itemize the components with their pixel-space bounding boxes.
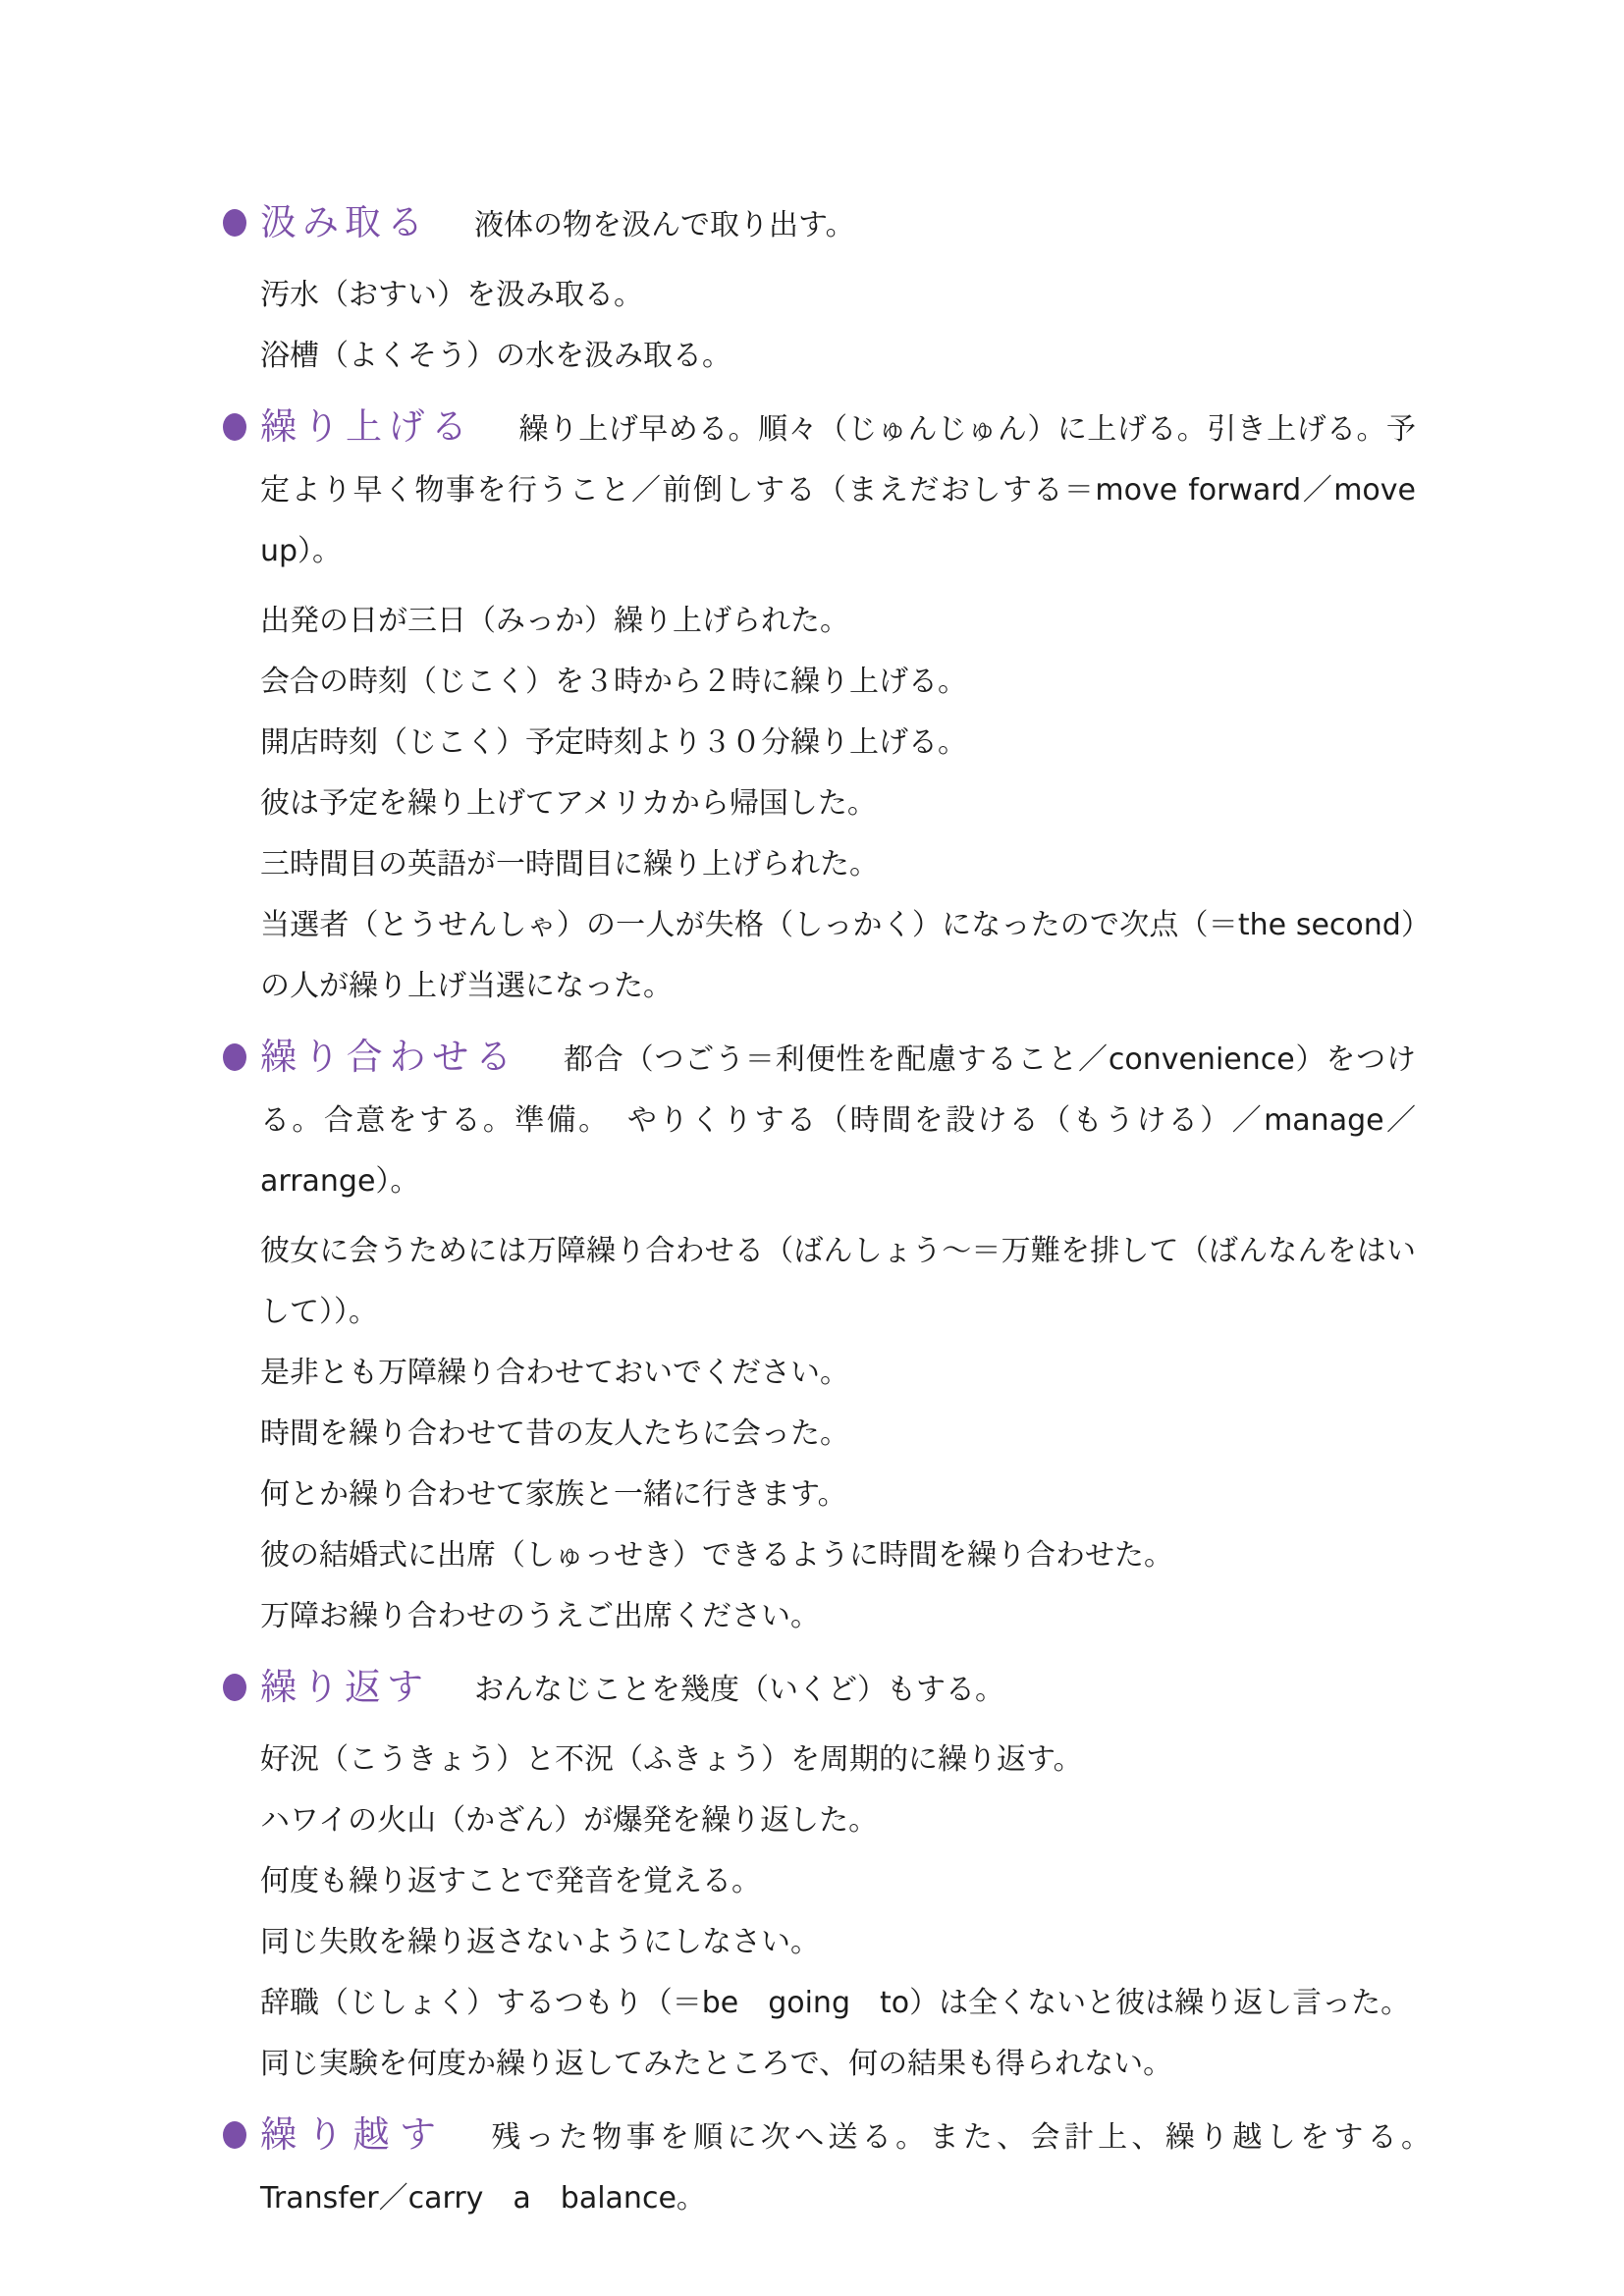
vocab-list: 汲み取る液体の物を汲んで取り出す。 汚水（おすい）を汲み取る。 浴槽（よくそう）…: [0, 0, 1624, 2229]
example-sentence: 浴槽（よくそう）の水を汲み取る。: [260, 326, 1416, 387]
entry-headword: 繰り上げる: [260, 405, 473, 448]
bullet-icon: [223, 209, 246, 237]
vocab-entry: 繰り返すおんなじことを幾度（いくど）もする。 好況（こうきょう）と不況（ふきょう…: [260, 1657, 1416, 2095]
bullet-icon: [223, 1674, 246, 1701]
example-sentence: 好況（こうきょう）と不況（ふきょう）を周期的に繰り返す。: [260, 1730, 1416, 1790]
entry-headword: 繰り合わせる: [260, 1036, 518, 1078]
entry-definition: おんなじことを幾度（いくど）もする。: [474, 1673, 1004, 1707]
entry-definition: 液体の物を汲んで取り出す。: [474, 208, 855, 242]
example-sentence: 何とか繰り合わせて家族と一緒に行きます。: [260, 1465, 1416, 1525]
example-sentence: 時間を繰り合わせて昔の友人たちに会った。: [260, 1404, 1416, 1465]
example-sentence: 辞職（じしょく）するつもり（＝be going to）は全くないと彼は繰り返し言…: [260, 1973, 1416, 2034]
entry-header: 汲み取る液体の物を汲んで取り出す。: [260, 192, 1416, 256]
example-sentence: 汚水（おすい）を汲み取る。: [260, 265, 1416, 326]
example-sentence: 万障お繰り合わせのうえご出席ください。: [260, 1586, 1416, 1647]
example-sentence: 当選者（とうせんしゃ）の一人が失格（しっかく）になったので次点（＝the sec…: [260, 895, 1416, 1017]
example-sentence: 是非とも万障繰り合わせておいでください。: [260, 1343, 1416, 1404]
vocab-entry: 汲み取る液体の物を汲んで取り出す。 汚水（おすい）を汲み取る。 浴槽（よくそう）…: [260, 192, 1416, 387]
document-page: 汲み取る液体の物を汲んで取り出す。 汚水（おすい）を汲み取る。 浴槽（よくそう）…: [0, 0, 1624, 2296]
vocab-entry: 繰り越す残った物事を順に次へ送る。また、会計上、繰り越しをする。 Transfe…: [260, 2105, 1416, 2229]
bullet-icon: [223, 1043, 246, 1071]
example-sentence: 三時間目の英語が一時間目に繰り上げられた。: [260, 834, 1416, 895]
example-sentence: 何度も繰り返すことで発音を覚える。: [260, 1851, 1416, 1912]
vocab-entry: 繰り上げる繰り上げ早める。順々（じゅんじゅん）に上げる。引き上げる。予定より早く…: [260, 397, 1416, 1017]
entry-headword: 繰り越す: [260, 2113, 446, 2156]
entry-headword: 繰り返す: [260, 1666, 429, 1708]
entry-headword: 汲み取る: [260, 201, 429, 243]
bullet-icon: [223, 413, 246, 441]
example-sentence: 開店時刻（じこく）予定時刻より３０分繰り上げる。: [260, 713, 1416, 774]
vocab-entry: 繰り合わせる都合（つごう＝利便性を配慮すること／convenience）をつける…: [260, 1027, 1416, 1647]
example-sentence: ハワイの火山（かざん）が爆発を繰り返した。: [260, 1790, 1416, 1851]
example-sentence: 同じ実験を何度か繰り返してみたところで、何の結果も得られない。: [260, 2034, 1416, 2095]
example-sentence: 会合の時刻（じこく）を３時から２時に繰り上げる。: [260, 652, 1416, 713]
bullet-icon: [223, 2121, 246, 2149]
example-sentence: 彼の結婚式に出席（しゅっせき）できるように時間を繰り合わせた。: [260, 1525, 1416, 1586]
entry-header: 繰り上げる繰り上げ早める。順々（じゅんじゅん）に上げる。引き上げる。予定より早く…: [260, 397, 1416, 582]
example-sentence: 彼女に会うためには万障繰り合わせる（ばんしょう～＝万難を排して（ばんなんをはいし…: [260, 1221, 1416, 1343]
example-sentence: 彼は予定を繰り上げてアメリカから帰国した。: [260, 774, 1416, 834]
entry-header: 繰り合わせる都合（つごう＝利便性を配慮すること／convenience）をつける…: [260, 1027, 1416, 1212]
example-sentence: 出発の日が三日（みっか）繰り上げられた。: [260, 591, 1416, 652]
entry-header: 繰り返すおんなじことを幾度（いくど）もする。: [260, 1657, 1416, 1721]
example-sentence: 同じ失敗を繰り返さないようにしなさい。: [260, 1912, 1416, 1973]
entry-header: 繰り越す残った物事を順に次へ送る。また、会計上、繰り越しをする。 Transfe…: [260, 2105, 1416, 2229]
